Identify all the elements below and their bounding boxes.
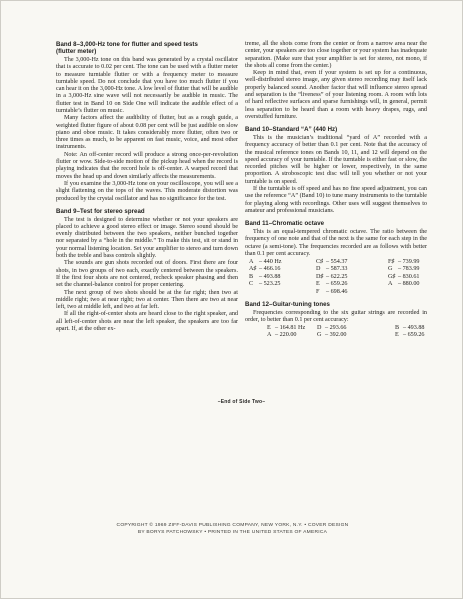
chromatic-table-column-2: C♯– 554.37 D– 587.33 D♯– 622.25 E– 659.2… xyxy=(316,259,388,296)
frequency-entry: G♯– 830.61 xyxy=(388,274,427,281)
band8-paragraph-2: Many factors affect the audibility of fl… xyxy=(56,115,238,151)
copyright-line-1: COPYRIGHT © 1969 ZIFF-DAVIS PUBLISHING C… xyxy=(1,522,463,529)
band9-continuation-paragraph: treme, all the shots come from the cente… xyxy=(245,41,427,70)
band9-paragraph-4: If all the right-of-center shots are hea… xyxy=(56,311,238,333)
frequency-entry: D– 293.66 xyxy=(317,325,395,332)
frequency-entry: F– 698.46 xyxy=(316,289,388,296)
band12-intro-paragraph: Frequencies corresponding to the six gui… xyxy=(245,310,427,325)
left-column: Band 8–3,000-Hz tone for flutter and spe… xyxy=(56,41,238,341)
band8-paragraph-1: The 3,000-Hz tone on this band was gener… xyxy=(56,57,238,115)
frequency-entry: G– 392.00 xyxy=(317,332,395,339)
guitar-table-column-1: E– 164.81 Hz A– 220.00 xyxy=(267,325,317,340)
guitar-table-column-2: D– 293.66 G– 392.00 xyxy=(317,325,395,340)
frequency-entry: B– 493.88 xyxy=(249,274,316,281)
band8-paragraph-3: Note: An off-center record will produce … xyxy=(56,152,238,181)
frequency-entry: D– 587.33 xyxy=(316,266,388,273)
chromatic-table-column-3: F♯– 739.99 G– 783.99 G♯– 830.61 A– 880.0… xyxy=(388,259,427,296)
frequency-entry: A– 880.00 xyxy=(388,281,427,288)
band8-heading-line2: (flutter meter) xyxy=(56,48,238,55)
frequency-entry: E– 659.26 xyxy=(395,332,427,339)
frequency-entry: F♯– 739.99 xyxy=(388,259,427,266)
chromatic-octave-frequency-table: A– 440 Hz A♯– 466.16 B– 493.88 C– 523.25… xyxy=(245,259,427,296)
band11-intro-paragraph: This is an equal-tempered chromatic octa… xyxy=(245,229,427,258)
stereo-image-paragraph: Keep in mind that, even if your system i… xyxy=(245,70,427,121)
end-of-side-two-note: –End of Side Two– xyxy=(56,399,427,405)
frequency-entry: C♯– 554.37 xyxy=(316,259,388,266)
frequency-entry: G– 783.99 xyxy=(388,266,427,273)
band12-heading: Band 12–Guitar-tuning tones xyxy=(245,301,427,308)
copyright-line-2: BY BORYS PATCHOWSKY • PRINTED IN THE UNI… xyxy=(1,529,463,536)
band8-heading-line1: Band 8–3,000-Hz tone for flutter and spe… xyxy=(56,41,238,48)
frequency-entry: A– 220.00 xyxy=(267,332,317,339)
guitar-table-column-3: B– 493.88 E– 659.26 xyxy=(395,325,427,340)
frequency-entry: D♯– 622.25 xyxy=(316,274,388,281)
frequency-entry: E– 164.81 Hz xyxy=(267,325,317,332)
band11-heading: Band 11–Chromatic octave xyxy=(245,220,427,227)
document-page: Band 8–3,000-Hz tone for flutter and spe… xyxy=(0,0,463,599)
copyright-footer: COPYRIGHT © 1969 ZIFF-DAVIS PUBLISHING C… xyxy=(1,522,463,536)
two-column-text-block: Band 8–3,000-Hz tone for flutter and spe… xyxy=(1,1,462,341)
frequency-entry: B– 493.88 xyxy=(395,325,427,332)
right-column: treme, all the shots come from the cente… xyxy=(245,41,427,341)
band10-paragraph-1: This is the musician’s traditional “yard… xyxy=(245,135,427,186)
band10-paragraph-2: If the turntable is off speed and has no… xyxy=(245,186,427,215)
band10-heading: Band 10–Standard “A” (440 Hz) xyxy=(245,126,427,133)
band8-heading: Band 8–3,000-Hz tone for flutter and spe… xyxy=(56,41,238,55)
band9-paragraph-3: The next group of two shots should be at… xyxy=(56,290,238,312)
band9-paragraph-1: The test is designed to determine whethe… xyxy=(56,217,238,261)
chromatic-table-column-1: A– 440 Hz A♯– 466.16 B– 493.88 C– 523.25 xyxy=(249,259,316,296)
frequency-entry: A♯– 466.16 xyxy=(249,266,316,273)
frequency-entry: E– 659.26 xyxy=(316,281,388,288)
band9-paragraph-2: The sounds are gun shots recorded out of… xyxy=(56,260,238,289)
band9-heading: Band 9–Test for stereo spread xyxy=(56,208,238,215)
band8-paragraph-4: If you examine the 3,000-Hz tone on your… xyxy=(56,181,238,203)
frequency-entry: C– 523.25 xyxy=(249,281,316,288)
guitar-tuning-frequency-table: E– 164.81 Hz A– 220.00 D– 293.66 G– 392.… xyxy=(245,325,427,340)
